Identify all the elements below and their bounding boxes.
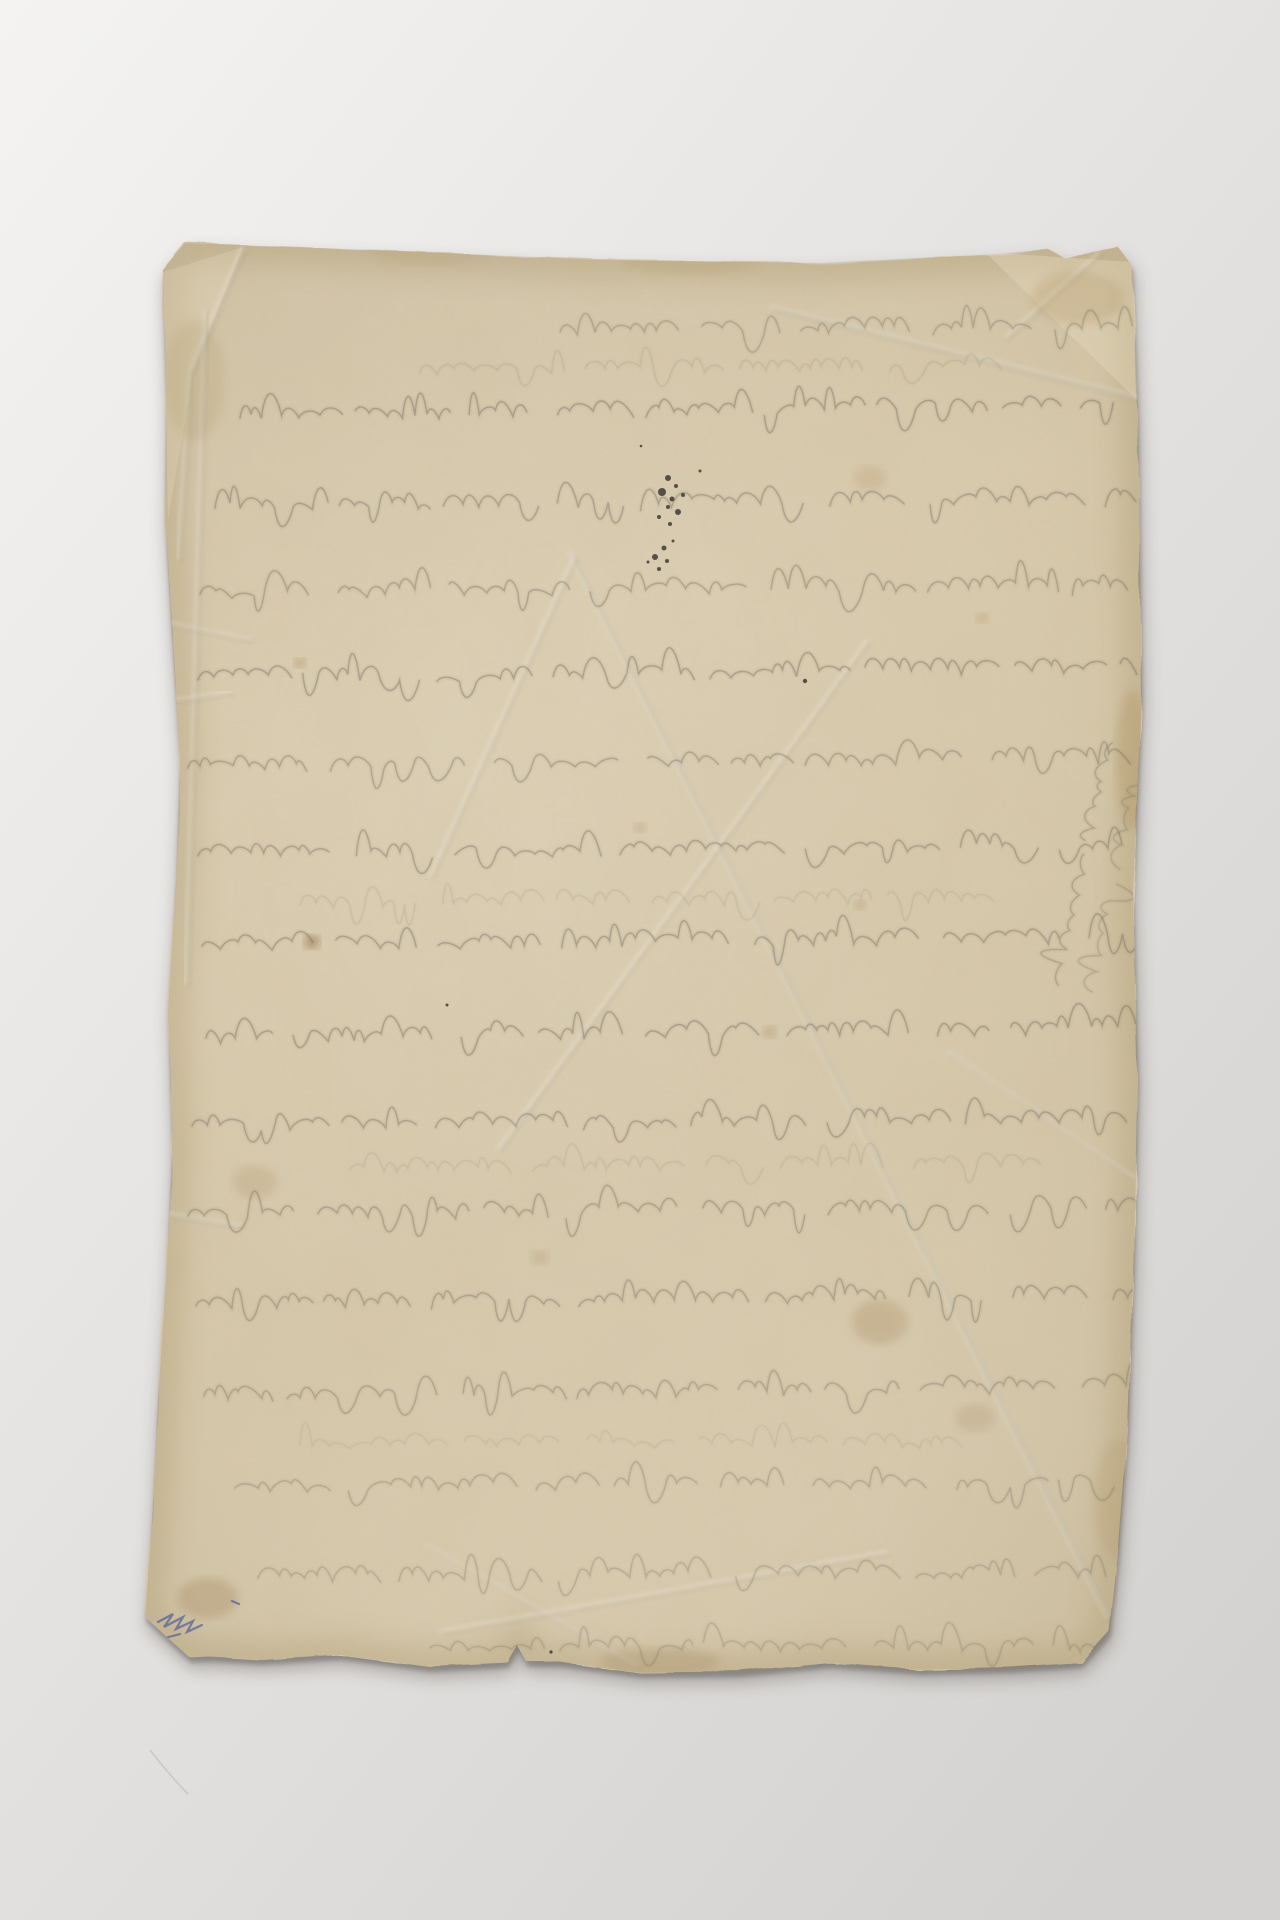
ink-speck <box>657 567 661 571</box>
stain <box>976 613 988 623</box>
ink-speck <box>668 522 672 526</box>
ink-speck <box>640 445 643 448</box>
stain <box>854 900 866 910</box>
stain <box>763 1026 777 1038</box>
stain <box>294 658 306 668</box>
stain <box>178 1578 238 1618</box>
ink-speck <box>803 679 807 683</box>
ink-speck <box>665 559 669 563</box>
paper-surface <box>120 220 1180 1710</box>
ink-speck <box>672 540 675 543</box>
ink-speck <box>675 509 681 515</box>
stain <box>233 1166 277 1198</box>
stain <box>852 1300 908 1344</box>
ink-speck <box>681 493 685 497</box>
ink-speck <box>658 488 666 496</box>
stain <box>1032 272 1124 324</box>
ink-speck <box>549 1650 552 1653</box>
photo-canvas: Photograph of the back of an aged, creas… <box>0 0 1280 1920</box>
ink-speck <box>674 484 678 488</box>
stain <box>634 823 646 833</box>
ink-speck <box>652 554 658 560</box>
ink-speck <box>670 497 675 502</box>
stain <box>955 1404 995 1432</box>
ink-speck <box>666 505 670 509</box>
ink-speck <box>647 561 650 564</box>
photograph: Photograph of the back of an aged, creas… <box>0 0 1280 1920</box>
ink-speck <box>665 475 671 481</box>
ink-speck <box>662 546 667 551</box>
ink-speck <box>657 515 661 519</box>
stain <box>531 1251 549 1265</box>
ink-speck <box>446 1004 449 1007</box>
paper-grain <box>120 220 1180 1710</box>
stain <box>854 466 886 490</box>
stain <box>165 320 225 440</box>
ink-speck <box>699 470 702 473</box>
